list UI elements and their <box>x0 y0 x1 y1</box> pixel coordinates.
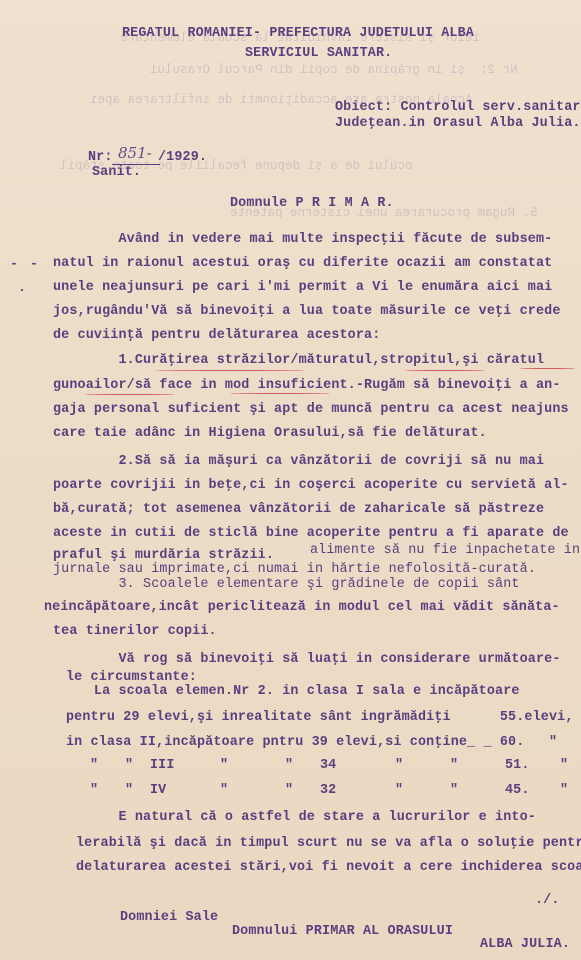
conclusion-line: delaturarea acestei stări,voi fi nevoit … <box>76 860 581 876</box>
margin-dash-mark: - <box>30 256 38 271</box>
document-page: ieior şi sistere iavniditat la scoala el… <box>0 0 581 960</box>
registration-year: /1929. <box>158 150 207 166</box>
class-name: IV <box>150 783 166 799</box>
item1-line: gaja personal suficient şi apt de muncă … <box>53 402 569 418</box>
red-pencil-underline <box>520 368 575 369</box>
red-pencil-underline <box>405 370 485 371</box>
item3-line: 3. Scoalele elementare şi grădinele de c… <box>53 577 520 593</box>
salutation: Domnule P R I M A R. <box>230 196 394 212</box>
registration-prefix: Nr: <box>88 150 113 166</box>
item3-line: tea tinerilor copii. <box>53 624 217 640</box>
request-line: Vă rog să binevoiţi să luaţi in consider… <box>53 652 561 668</box>
footer-city: ALBA JULIA. <box>480 937 570 953</box>
bleed-through-text: Nr 2: şi in grăpina de copii din Parcul … <box>150 62 518 78</box>
red-pencil-underline <box>155 370 305 371</box>
item2-insert-line: alimente să nu fie inpachetate in <box>310 543 580 559</box>
red-pencil-underline <box>230 393 330 394</box>
class-actual: 51. <box>505 758 530 774</box>
header-line-2: SERVICIUL SANITAR. <box>245 46 392 62</box>
footer-addressee-2: Domnului PRIMAR AL ORASULUI <box>232 924 453 940</box>
item2-line: 2.Să să ia măşuri ca vânzătorii de covri… <box>53 454 544 470</box>
object-line-1: Obiect: Controlul serv.sanitar <box>335 100 581 116</box>
registration-dept: Sanit. <box>92 165 141 181</box>
request-line: pentru 29 elevi,şi inrealitate sânt ingr… <box>66 710 574 726</box>
header-line-1: REGATUL ROMANIEI- PREFECTURA JUDETULUI A… <box>122 26 474 42</box>
request-line: in clasa II,incăpătoare pntru 39 elevi,s… <box>66 735 557 751</box>
item2-line: aceste in cutii de sticlă bine acoperite… <box>53 526 569 542</box>
class-capacity: 34 <box>320 758 336 774</box>
handwritten-registration-number: 851- <box>118 144 152 162</box>
footer-addressee-1: Domniei Sale <box>120 910 218 926</box>
item3-line: neincăpătoare,incât periclitează in modu… <box>44 600 560 616</box>
conclusion-line: lerabilă şi dacă in timpul scurt nu se v… <box>76 836 581 852</box>
item1-line: 1.Curăţirea străzilor/măturatul,stropitu… <box>53 353 544 369</box>
margin-dash-mark: - <box>10 256 18 271</box>
margin-dot-mark: . <box>18 280 26 295</box>
intro-line: unele neajunsuri pe cari i'mi permit a V… <box>53 280 552 296</box>
intro-line: Având in vedere mai multe inspecţii făcu… <box>53 232 552 248</box>
intro-line: jos,rugându'Vă să binevoiţi a lua toate … <box>53 304 561 320</box>
item2-insert-line: jurnale sau imprimate,ci numai in hărtie… <box>53 562 536 578</box>
request-line: La scoala elemen.Nr 2. in clasa I sala e… <box>53 684 520 700</box>
intro-line: de cuviinţă pentru delăturarea acestora: <box>53 328 380 344</box>
class-capacity: 32 <box>320 783 336 799</box>
object-line-2: Judeţean.in Orasul Alba Julia. <box>335 116 581 132</box>
class-actual: 45. <box>505 783 530 799</box>
conclusion-line: E natural că o astfel de stare a lucruri… <box>53 810 536 826</box>
item1-line: care taie adânc in Higiena Orasului,să f… <box>53 426 487 442</box>
item2-line: bă,curată; tot asemenea vânzătorii de za… <box>53 502 544 518</box>
item2-line: poarte covrijii in beţe,ci in coşerci ac… <box>53 478 569 494</box>
item1-line: gunoailor/să face in mod insuficient.-Ru… <box>53 378 561 394</box>
class-name: III <box>150 758 175 774</box>
red-pencil-underline <box>85 394 175 395</box>
intro-line: natul in raionul acestui oraş cu diferit… <box>53 256 552 272</box>
continuation-mark: ./. <box>535 893 560 909</box>
